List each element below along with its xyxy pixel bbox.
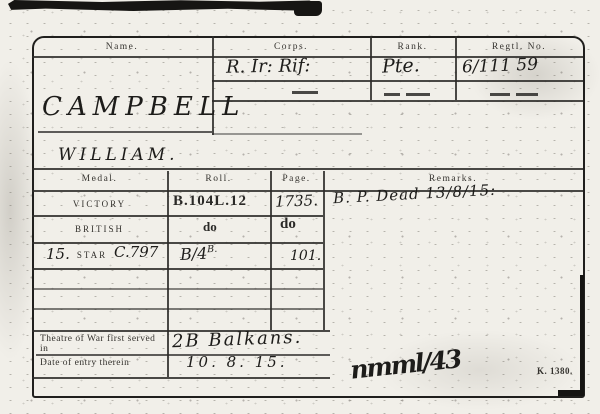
rule-row3 [32, 268, 323, 270]
medal-no-star: 15. [46, 245, 70, 263]
rank-column-header: Rank. [370, 42, 455, 52]
regtl-no-value: 6/111 59 [462, 55, 539, 78]
medal-ref-star: C.797 [114, 243, 158, 261]
ditto-dash [384, 93, 400, 96]
page-value-victory: 1735. [275, 191, 319, 210]
corps-value: R. Ir: Rif: [226, 55, 311, 77]
date-of-entry-label: Date of entry therein [40, 358, 166, 368]
corps-column-header: Corps. [212, 42, 370, 52]
roll-value-star: B/4B. [180, 243, 218, 264]
forename-value: WILLIAM. [58, 145, 179, 165]
divider-medal-roll [167, 171, 169, 377]
rule-date-bottom [32, 377, 330, 379]
roll-column-header: Roll. [167, 174, 270, 184]
rule-corps-remnant [212, 133, 362, 135]
scan-artifact-band [8, 0, 322, 11]
surname-value: CAMPBELL [42, 92, 245, 122]
ditto-dash [292, 91, 318, 94]
card-corner-mark [558, 390, 584, 396]
rule-corps-row [212, 80, 583, 82]
medal-name-star: STAR [74, 250, 110, 260]
card-border-right-heavy [580, 275, 584, 395]
page-column-header: Page. [270, 174, 323, 184]
page-value-british: do [280, 216, 296, 233]
roll-value-victory: B.104L.12 [173, 193, 247, 210]
regtl-no-column-header: Regtl. No. [455, 42, 583, 52]
medal-name-british: BRITISH [32, 224, 167, 234]
ditto-dash [490, 93, 510, 96]
medal-name-victory: VICTORY [32, 199, 167, 209]
rule-surname-underline [38, 131, 212, 133]
ditto-dash [516, 93, 538, 96]
medal-column-header: Medal. [32, 174, 167, 184]
rule-row2 [32, 242, 323, 244]
roll-value-british: do [203, 219, 217, 235]
divider-roll-page [270, 171, 272, 330]
date-of-entry-value: 10. 8. 15. [186, 353, 288, 371]
rule-above-medal-header [32, 168, 583, 170]
page-value-star: 101. [290, 248, 321, 264]
theatre-of-war-label: Theatre of War first served in [40, 334, 166, 354]
ditto-dash [406, 93, 430, 96]
rule-corps-row2 [212, 100, 583, 102]
rule-row4 [32, 288, 323, 290]
form-number: K. 1380. [537, 366, 573, 376]
roll-value-star-sup: B. [207, 244, 218, 256]
divider-page-remarks [323, 171, 325, 330]
roll-value-star-main: B/4 [180, 244, 208, 264]
medal-index-card-scan: Name. Corps. Rank. Regtl. No. R. Ir: Rif… [0, 0, 600, 414]
scan-artifact-blot [294, 1, 322, 16]
rank-value: Pte. [382, 54, 420, 77]
rule-row5 [32, 308, 323, 310]
name-column-header: Name. [32, 42, 212, 52]
